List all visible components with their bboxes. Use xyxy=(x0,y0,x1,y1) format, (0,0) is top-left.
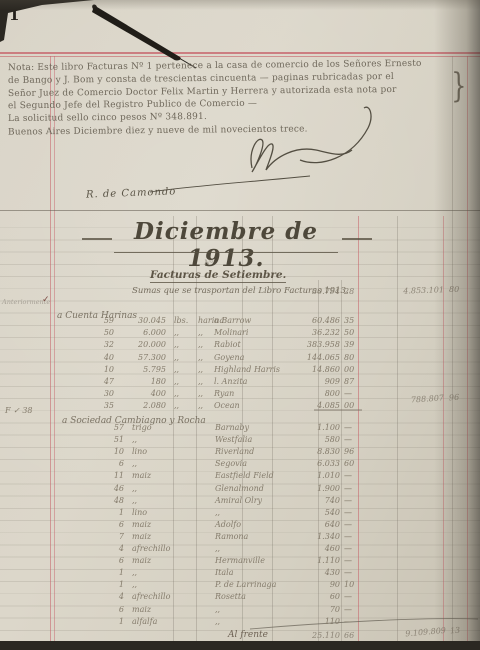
row-cents: — xyxy=(344,592,360,601)
row-no: 59 xyxy=(96,316,114,325)
row-qty: 57.300 xyxy=(118,353,166,362)
row-amount: 90 xyxy=(268,580,340,589)
row-amount: 1.900 xyxy=(268,484,340,493)
row-unit: ,, xyxy=(174,365,194,374)
title-number-mark: Nº xyxy=(204,259,213,267)
row-amount: 640 xyxy=(268,520,340,529)
row-cents: — xyxy=(344,568,360,577)
row-cents: — xyxy=(344,508,360,517)
scan-bottom-edge xyxy=(0,641,480,650)
row-qty: 30.045 xyxy=(118,316,166,325)
row-product: ,, xyxy=(132,568,178,577)
row-product: trigo xyxy=(132,423,178,432)
row-no: 6 xyxy=(110,520,124,529)
row-unit: ,, xyxy=(174,340,194,349)
row-no: 10 xyxy=(96,365,114,374)
row-cents: 60 xyxy=(344,459,360,468)
row-cents: — xyxy=(344,484,360,493)
row-unit: ,, xyxy=(174,389,194,398)
row-amount: 70 xyxy=(268,605,340,614)
carry-amount: 30.794 xyxy=(268,287,340,296)
row-no: 1 xyxy=(110,568,124,577)
row-product: lino xyxy=(132,508,178,517)
row-amount: 4.085 xyxy=(268,401,340,410)
note-line: La solicitud sello cinco pesos Nº 348.89… xyxy=(8,112,207,124)
row-amount: 60.486 xyxy=(268,316,340,325)
row-cents: 50 xyxy=(344,328,360,337)
row-amount: 460 xyxy=(268,544,340,553)
row-amount: 1.100 xyxy=(268,423,340,432)
row-amount: 144.065 xyxy=(268,353,340,362)
row-no: 46 xyxy=(110,484,124,493)
row-qty: 20.000 xyxy=(118,340,166,349)
row-product: ,, xyxy=(132,435,178,444)
row-product: maiz xyxy=(132,556,178,565)
row-amount: 110 xyxy=(268,617,340,626)
row-qty: 5.795 xyxy=(118,365,166,374)
row-product: ,, xyxy=(132,484,178,493)
row-no: 47 xyxy=(96,377,114,386)
row-no: 50 xyxy=(96,328,114,337)
title-dash-left xyxy=(82,238,112,240)
row-no: 6 xyxy=(110,556,124,565)
row-cents: 87 xyxy=(344,377,360,386)
row-product: alfalfa xyxy=(132,617,178,626)
row-amount: 580 xyxy=(268,435,340,444)
footer-sum-mid: 25.110 xyxy=(268,631,340,640)
row-unit: ,, xyxy=(174,377,194,386)
row-unit: ,, xyxy=(174,353,194,362)
row-no: 11 xyxy=(110,471,124,480)
row-cents: 35 xyxy=(344,316,360,325)
row-amount: 1.340 xyxy=(268,532,340,541)
row-no: 30 xyxy=(96,389,114,398)
row-no: 4 xyxy=(110,544,124,553)
row-amount: 909 xyxy=(268,377,340,386)
row-cents: — xyxy=(344,496,360,505)
top-edge-shadow xyxy=(0,0,480,10)
row-product: ,, xyxy=(132,459,178,468)
row-amount: 14.860 xyxy=(268,365,340,374)
row-qty: 180 xyxy=(118,377,166,386)
row-product: ,, xyxy=(132,496,178,505)
row-no: 57 xyxy=(110,423,124,432)
row-no: 6 xyxy=(110,459,124,468)
row-product: ,, xyxy=(132,580,178,589)
row-no: 1 xyxy=(110,617,124,626)
row-unit: lbs. xyxy=(174,316,194,325)
row-cents: — xyxy=(344,423,360,432)
row-no: 32 xyxy=(96,340,114,349)
row-cents: — xyxy=(344,435,360,444)
row-no: 40 xyxy=(96,353,114,362)
section-heading: Facturas de Setiembre. xyxy=(150,269,286,283)
row-cents: 80 xyxy=(344,353,360,362)
row-no: 6 xyxy=(110,605,124,614)
row-no: 4 xyxy=(110,592,124,601)
row-cents: 00 xyxy=(344,401,360,410)
row-amount: 8.830 xyxy=(268,447,340,456)
row-qty: 6.000 xyxy=(118,328,166,337)
ledger-page: 1 Nota: Este libro Facturas Nº 1 pertene… xyxy=(0,0,480,650)
page-curl-shadow xyxy=(434,0,480,650)
row-cents: 10 xyxy=(344,580,360,589)
row-product: maiz xyxy=(132,532,178,541)
row-cents: — xyxy=(344,605,360,614)
row-no: 7 xyxy=(110,532,124,541)
row-amount: 540 xyxy=(268,508,340,517)
row-amount: 60 xyxy=(268,592,340,601)
row-amount: 430 xyxy=(268,568,340,577)
row-cents: — xyxy=(344,471,360,480)
footer-sum-mid-cents: 66 xyxy=(344,631,354,640)
row-product: maiz xyxy=(132,520,178,529)
row-no: 1 xyxy=(110,508,124,517)
row-cents: — xyxy=(344,556,360,565)
row-cents: — xyxy=(344,532,360,541)
row-cents: — xyxy=(344,389,360,398)
row-qty: 400 xyxy=(118,389,166,398)
row-amount: 800 xyxy=(268,389,340,398)
row-cents: — xyxy=(344,520,360,529)
row-amount: 1.110 xyxy=(268,556,340,565)
margin-check-icon: ✓ xyxy=(42,295,50,305)
carry-amount-cents: 28 xyxy=(344,287,354,296)
margin-folio: F ✓ 38 xyxy=(5,406,33,415)
row-cents: 00 xyxy=(344,365,360,374)
row-cents: — xyxy=(344,617,360,626)
row-unit: ,, xyxy=(174,328,194,337)
row-product: maiz xyxy=(132,471,178,480)
row-product: lino xyxy=(132,447,178,456)
row-amount: 6.033 xyxy=(268,459,340,468)
row-product: afrechillo xyxy=(132,592,178,601)
row-cents: 96 xyxy=(344,447,360,456)
title-underline xyxy=(114,252,338,253)
row-cents: — xyxy=(344,544,360,553)
row-cents: 39 xyxy=(344,340,360,349)
row-amount: 1.010 xyxy=(268,471,340,480)
row-no: 48 xyxy=(110,496,124,505)
row-amount: 383.958 xyxy=(268,340,340,349)
row-product: afrechillo xyxy=(132,544,178,553)
row-no: 10 xyxy=(110,447,124,456)
row-no: 51 xyxy=(110,435,124,444)
title-dash-right xyxy=(342,238,372,240)
row-no: 1 xyxy=(110,580,124,589)
row-amount: 36.232 xyxy=(268,328,340,337)
row-product: maiz xyxy=(132,605,178,614)
month-title: Diciembre de 1913. xyxy=(112,218,340,272)
row-amount: 740 xyxy=(268,496,340,505)
